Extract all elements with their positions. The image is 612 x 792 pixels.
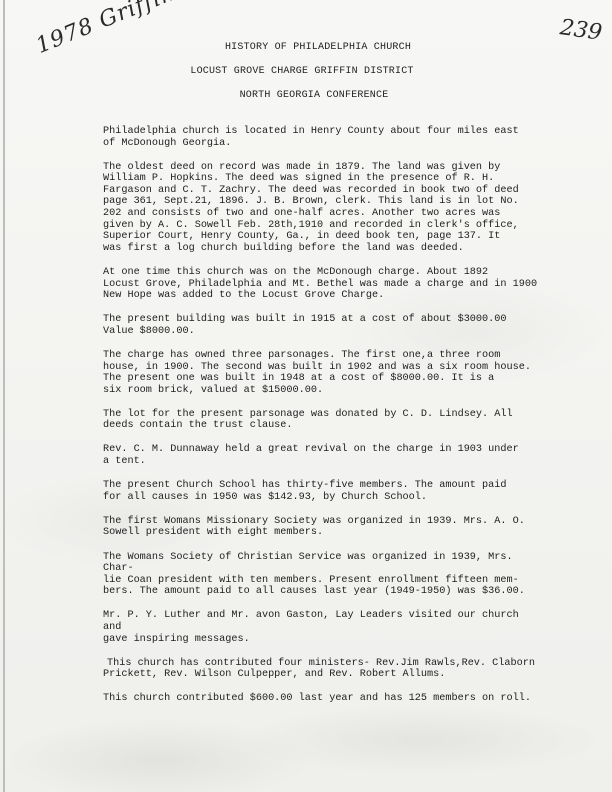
document-subtitle: LOCUST GROVE CHARGE GRIFFIN DISTRICT xyxy=(0,66,608,77)
paragraph-charge: At one time this church was on the McDon… xyxy=(103,267,543,302)
paragraph-missionary-society: The first Womans Missionary Society was … xyxy=(103,516,543,539)
document-body: Philadelphia church is located in Henry … xyxy=(103,126,543,717)
document-conference: NORTH GEORGIA CONFERENCE xyxy=(8,90,612,101)
page-edge xyxy=(3,0,5,792)
paragraph-revival: Rev. C. M. Dunnaway held a great revival… xyxy=(103,444,543,467)
paragraph-parsonages: The charge has owned three parsonages. T… xyxy=(103,350,543,396)
paragraph-lay-leaders: Mr. P. Y. Luther and Mr. avon Gaston, La… xyxy=(103,610,543,645)
document-title: HISTORY OF PHILADELPHIA CHURCH xyxy=(12,42,612,53)
paragraph-building: The present building was built in 1915 a… xyxy=(103,314,543,337)
document-page: 1978 Griffin Dist 239 HISTORY OF PHILADE… xyxy=(0,0,612,792)
paragraph-wscs: The Womans Society of Christian Service … xyxy=(103,552,543,598)
paragraph-church-school: The present Church School has thirty-fiv… xyxy=(103,480,543,503)
paragraph-location: Philadelphia church is located in Henry … xyxy=(103,126,543,149)
paragraph-contributions: This church contributed $600.00 last yea… xyxy=(103,693,543,705)
paragraph-deed: The oldest deed on record was made in 18… xyxy=(103,162,543,255)
paragraph-ministers: This church has contributed four ministe… xyxy=(103,658,543,681)
paragraph-lot: The lot for the present parsonage was do… xyxy=(103,409,543,432)
